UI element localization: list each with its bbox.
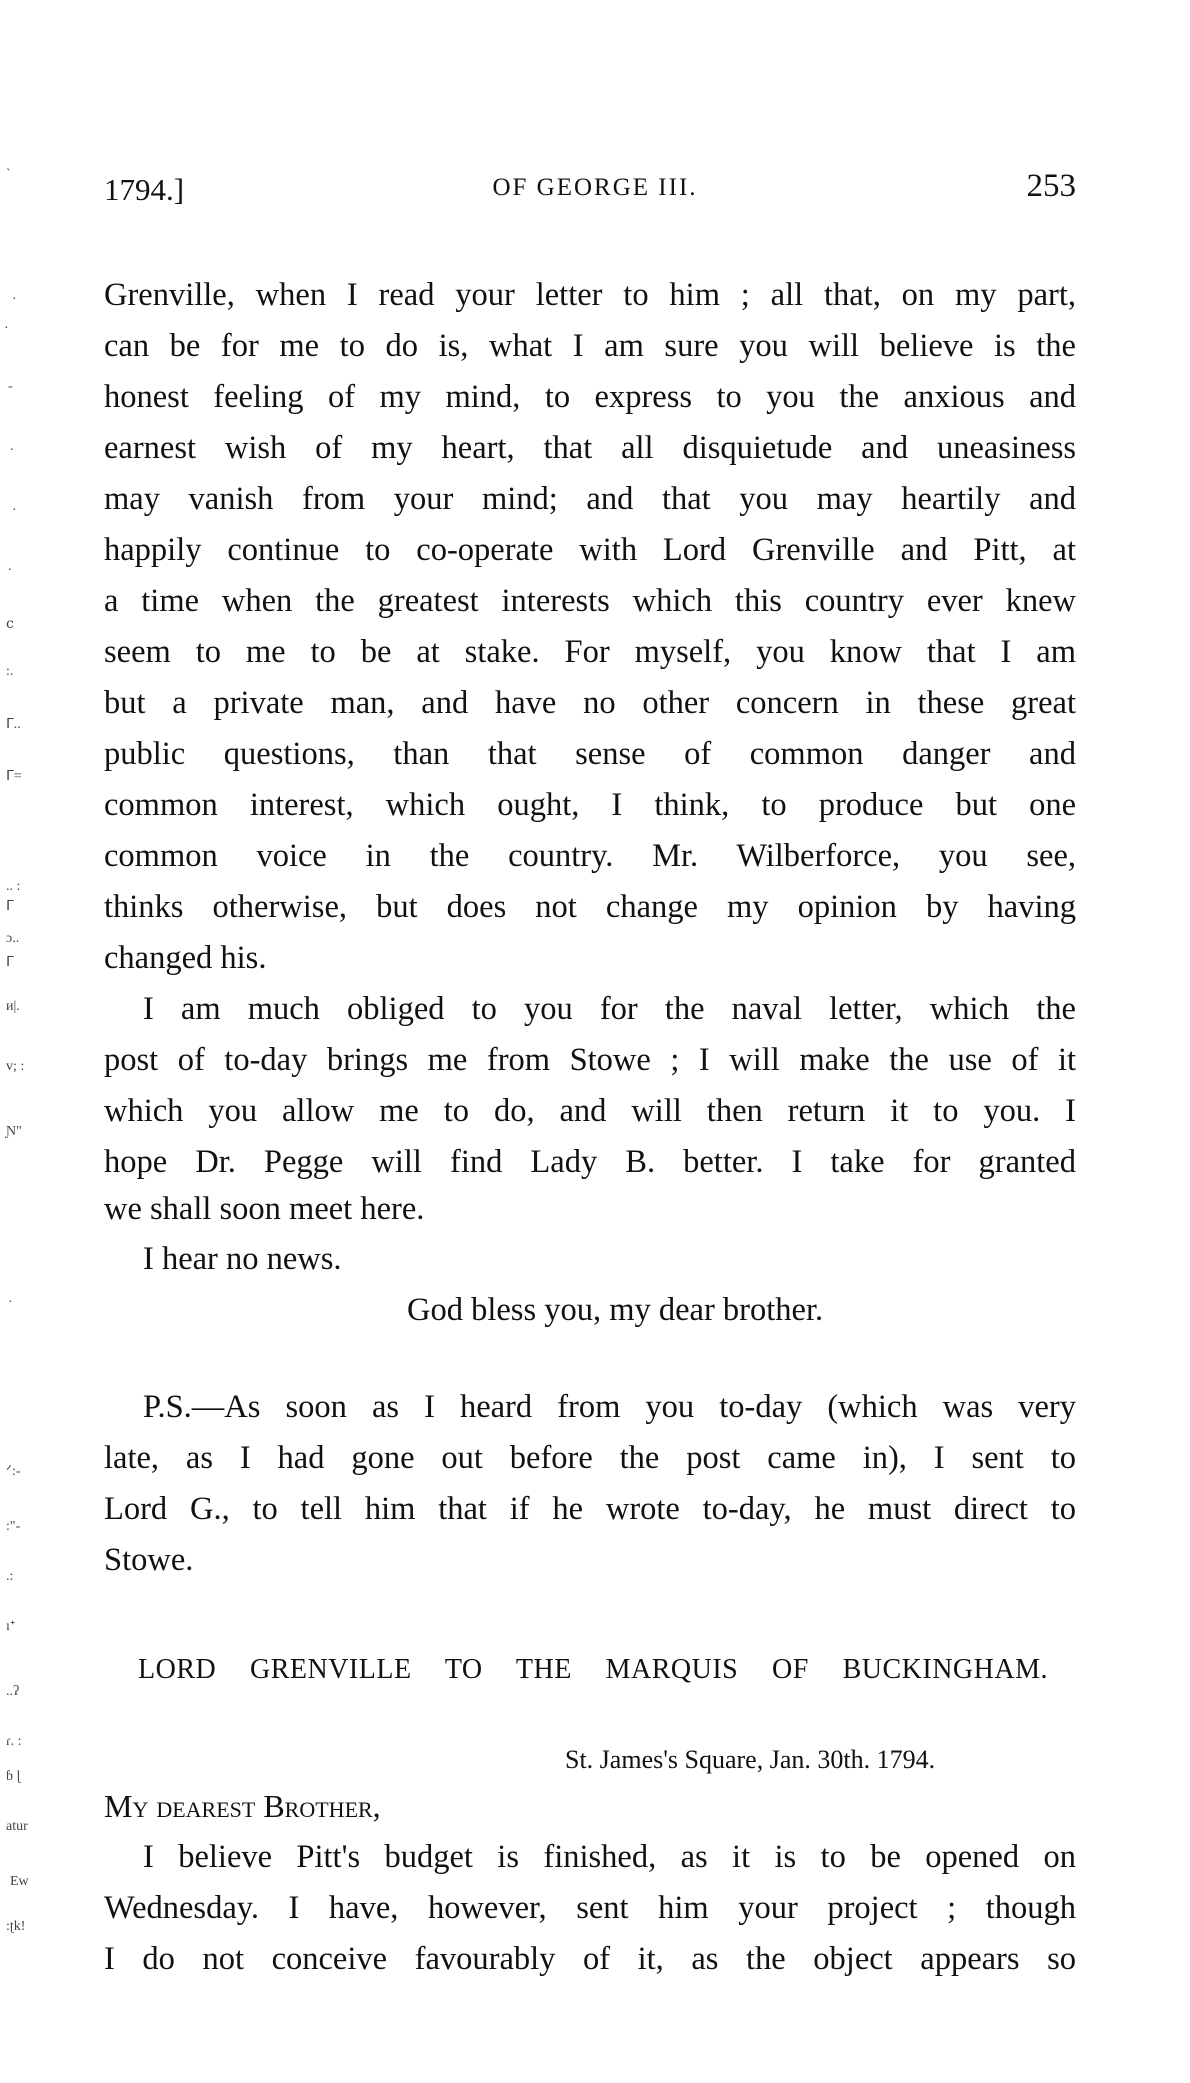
text-line: Stowe.: [104, 1535, 1076, 1586]
scan-mark: ᒥ..: [6, 718, 21, 732]
text-line: changed his.: [104, 933, 1076, 984]
scan-mark: .. :: [6, 880, 20, 894]
scan-mark: ᐟ:-: [6, 1465, 20, 1479]
scan-mark: ·: [8, 1296, 13, 1310]
scan-mark: ɾ. :: [6, 1735, 22, 1749]
text-line: late, as I had gone out before the post …: [104, 1433, 1076, 1484]
scan-mark: ᴎ|.: [6, 1000, 20, 1014]
scan-mark: ᒥ: [6, 900, 14, 914]
letter1-paragraph3: I hear no news.: [143, 1234, 1076, 1285]
text-line: post of to-day brings me from Stowe ; I …: [104, 1035, 1076, 1086]
text-line: Wednesday. I have, however, sent him you…: [104, 1883, 1076, 1934]
letter2-heading: LORD GRENVILLE TO THE MARQUIS OF BUCKING…: [138, 1648, 1048, 1692]
scan-mark: ɓ ɭ: [6, 1770, 20, 1784]
scan-mark: ..ʔ: [6, 1685, 19, 1699]
scan-mark: ıᐩ: [6, 1620, 15, 1634]
text-line: Grenville, when I read your letter to hi…: [104, 270, 1076, 321]
text-line: we shall soon meet here.: [104, 1184, 1076, 1235]
letter2-dateline: St. James's Square, Jan. 30th. 1794.: [565, 1740, 935, 1780]
scan-mark: ·: [12, 504, 17, 518]
text-line: happily continue to co-operate with Lord…: [104, 525, 1076, 576]
scan-mark: :"-: [6, 1520, 20, 1534]
text-line: hope Dr. Pegge will find Lady B. better.…: [104, 1137, 1076, 1188]
text-line: can be for me to do is, what I am sure y…: [104, 321, 1076, 372]
scan-mark: .: [8, 560, 12, 574]
page-number: 253: [1027, 168, 1077, 205]
scan-mark: ·: [4, 322, 9, 336]
book-page: 1794.] OF GEORGE III. 253 Grenville, whe…: [0, 0, 1190, 2083]
scan-mark: .:: [6, 1570, 13, 1584]
letter1-closing: God bless you, my dear brother.: [407, 1285, 823, 1336]
running-head-title: OF GEORGE III.: [104, 174, 1076, 202]
text-line: Lord G., to tell him that if he wrote to…: [104, 1484, 1076, 1535]
scan-mark: atur: [6, 1820, 28, 1834]
text-line: a time when the greatest interests which…: [104, 576, 1076, 627]
scan-mark: ·: [12, 293, 17, 307]
text-line: but a private man, and have no other con…: [104, 678, 1076, 729]
scan-mark: Ew: [10, 1875, 29, 1889]
text-line: honest feeling of my mind, to express to…: [104, 372, 1076, 423]
text-line: I do not conceive favourably of it, as t…: [104, 1934, 1076, 1985]
scan-mark: ᒥ=: [6, 770, 22, 784]
scan-mark: ⅽ: [6, 618, 14, 632]
letter2-salutation: My dearest Brother,: [104, 1784, 381, 1828]
text-line: common voice in the country. Mr. Wilberf…: [104, 831, 1076, 882]
text-line: which you allow me to do, and will then …: [104, 1086, 1076, 1137]
text-line: I believe Pitt's budget is finished, as …: [143, 1832, 1076, 1883]
running-head: 1794.] OF GEORGE III. 253: [104, 168, 1076, 212]
text-line: may vanish from your mind; and that you …: [104, 474, 1076, 525]
text-line: I am much obliged to you for the naval l…: [143, 984, 1076, 1035]
text-line: common interest, which ought, I think, t…: [104, 780, 1076, 831]
scan-mark: ɔ..: [6, 932, 19, 946]
scan-mark: ᒥ: [6, 956, 14, 970]
scan-mark: .: [10, 440, 14, 454]
text-line: public questions, than that sense of com…: [104, 729, 1076, 780]
text-line: thinks otherwise, but does not change my…: [104, 882, 1076, 933]
scan-mark: :ʈk!: [6, 1920, 25, 1934]
text-line: P.S.—As soon as I heard from you to-day …: [143, 1382, 1076, 1433]
text-line: seem to me to be at stake. For myself, y…: [104, 627, 1076, 678]
scan-mark: v; :: [6, 1060, 24, 1074]
scan-mark: :.: [6, 665, 13, 679]
scan-mark: ˋ: [6, 168, 11, 182]
scan-mark: Ɲ": [6, 1125, 22, 1139]
text-line: earnest wish of my heart, that all disqu…: [104, 423, 1076, 474]
scan-mark: -: [8, 380, 13, 394]
